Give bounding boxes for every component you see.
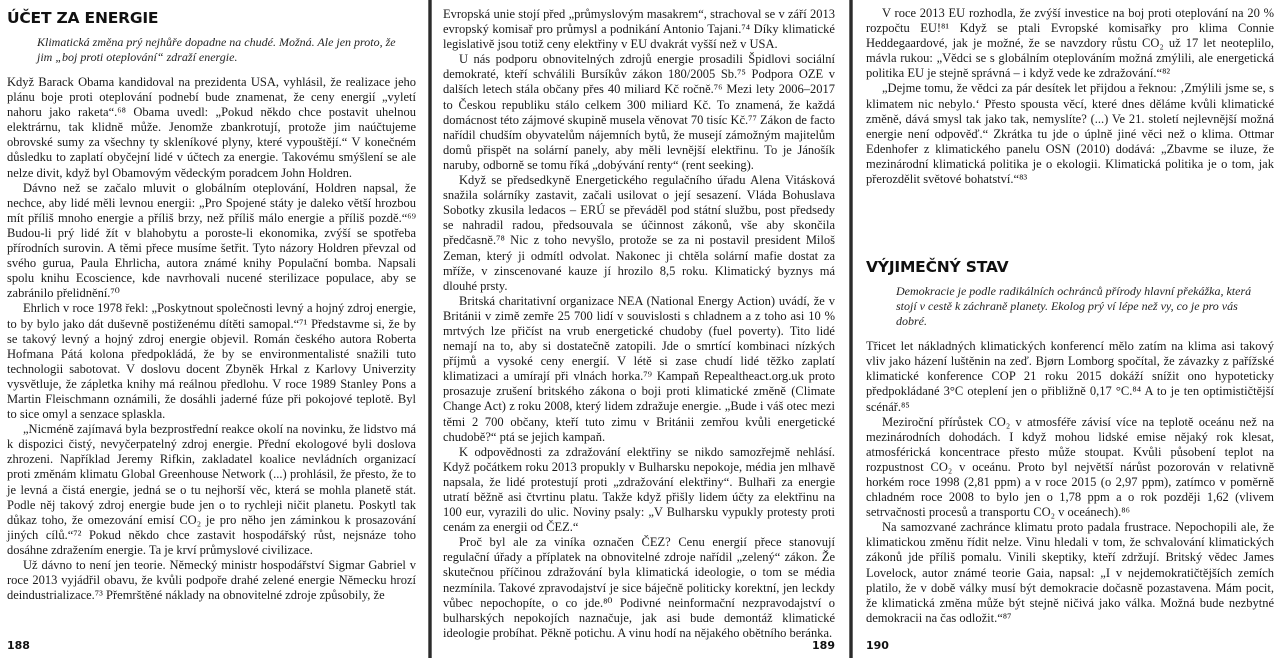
paragraph: K odpovědnosti za zdražování elektřiny s… (443, 445, 835, 536)
paragraph: Třicet let nákladných klimatických konfe… (866, 339, 1274, 414)
paragraph: „Nicméně zajímavá byla bezprostřední rea… (7, 422, 416, 558)
page-divider (428, 0, 432, 658)
paragraph: Ehrlich v roce 1978 řekl: „Poskytnout sp… (7, 301, 416, 422)
chapter-lede: Demokracie je podle radikálních ochránců… (866, 277, 1274, 329)
paragraph: Když Barack Obama kandidoval na preziden… (7, 75, 416, 181)
paragraph: Když se předsedkyně Energetického regula… (443, 173, 835, 294)
book-spread: ÚČET ZA ENERGIE Klimatická změna prý nej… (0, 0, 1280, 658)
paragraph: Evropská unie stojí před „průmyslovým ma… (443, 7, 835, 52)
paragraph: Dávno než se začalo mluvit o globálním o… (7, 181, 416, 302)
chapter-title: VÝJIMEČNÝ STAV (866, 257, 1274, 277)
paragraph: U nás podporu obnovitelných zdrojů energ… (443, 52, 835, 173)
page-divider (849, 0, 853, 658)
page-190: V roce 2013 EU rozhodla, že zvýší invest… (856, 0, 1280, 658)
page-number: 190 (866, 639, 889, 652)
chapter-lede: Klimatická změna prý nejhůře dopadne na … (7, 28, 416, 65)
paragraph: Meziroční přírůstek CO₂ v atmosféře závi… (866, 415, 1274, 521)
paragraph: V roce 2013 EU rozhodla, že zvýší invest… (866, 6, 1274, 81)
page-188: ÚČET ZA ENERGIE Klimatická změna prý nej… (0, 0, 426, 658)
chapter-title: ÚČET ZA ENERGIE (7, 8, 416, 28)
page-number: 188 (7, 639, 30, 652)
paragraph: Už dávno to není jen teorie. Německý min… (7, 558, 416, 603)
paragraph: Na samozvané zachránce klimatu proto pad… (866, 520, 1274, 626)
section-spacer (866, 207, 1274, 257)
paragraph: Britská charitativní organizace NEA (Nat… (443, 294, 835, 445)
paragraph: Proč byl ale za viníka označen ČEZ? Cenu… (443, 535, 835, 641)
paragraph: „Dejme tomu, že vědci za pár desítek let… (866, 81, 1274, 187)
page-number: 189 (812, 639, 835, 652)
page-189: Evropská unie stojí před „průmyslovým ma… (434, 0, 845, 658)
